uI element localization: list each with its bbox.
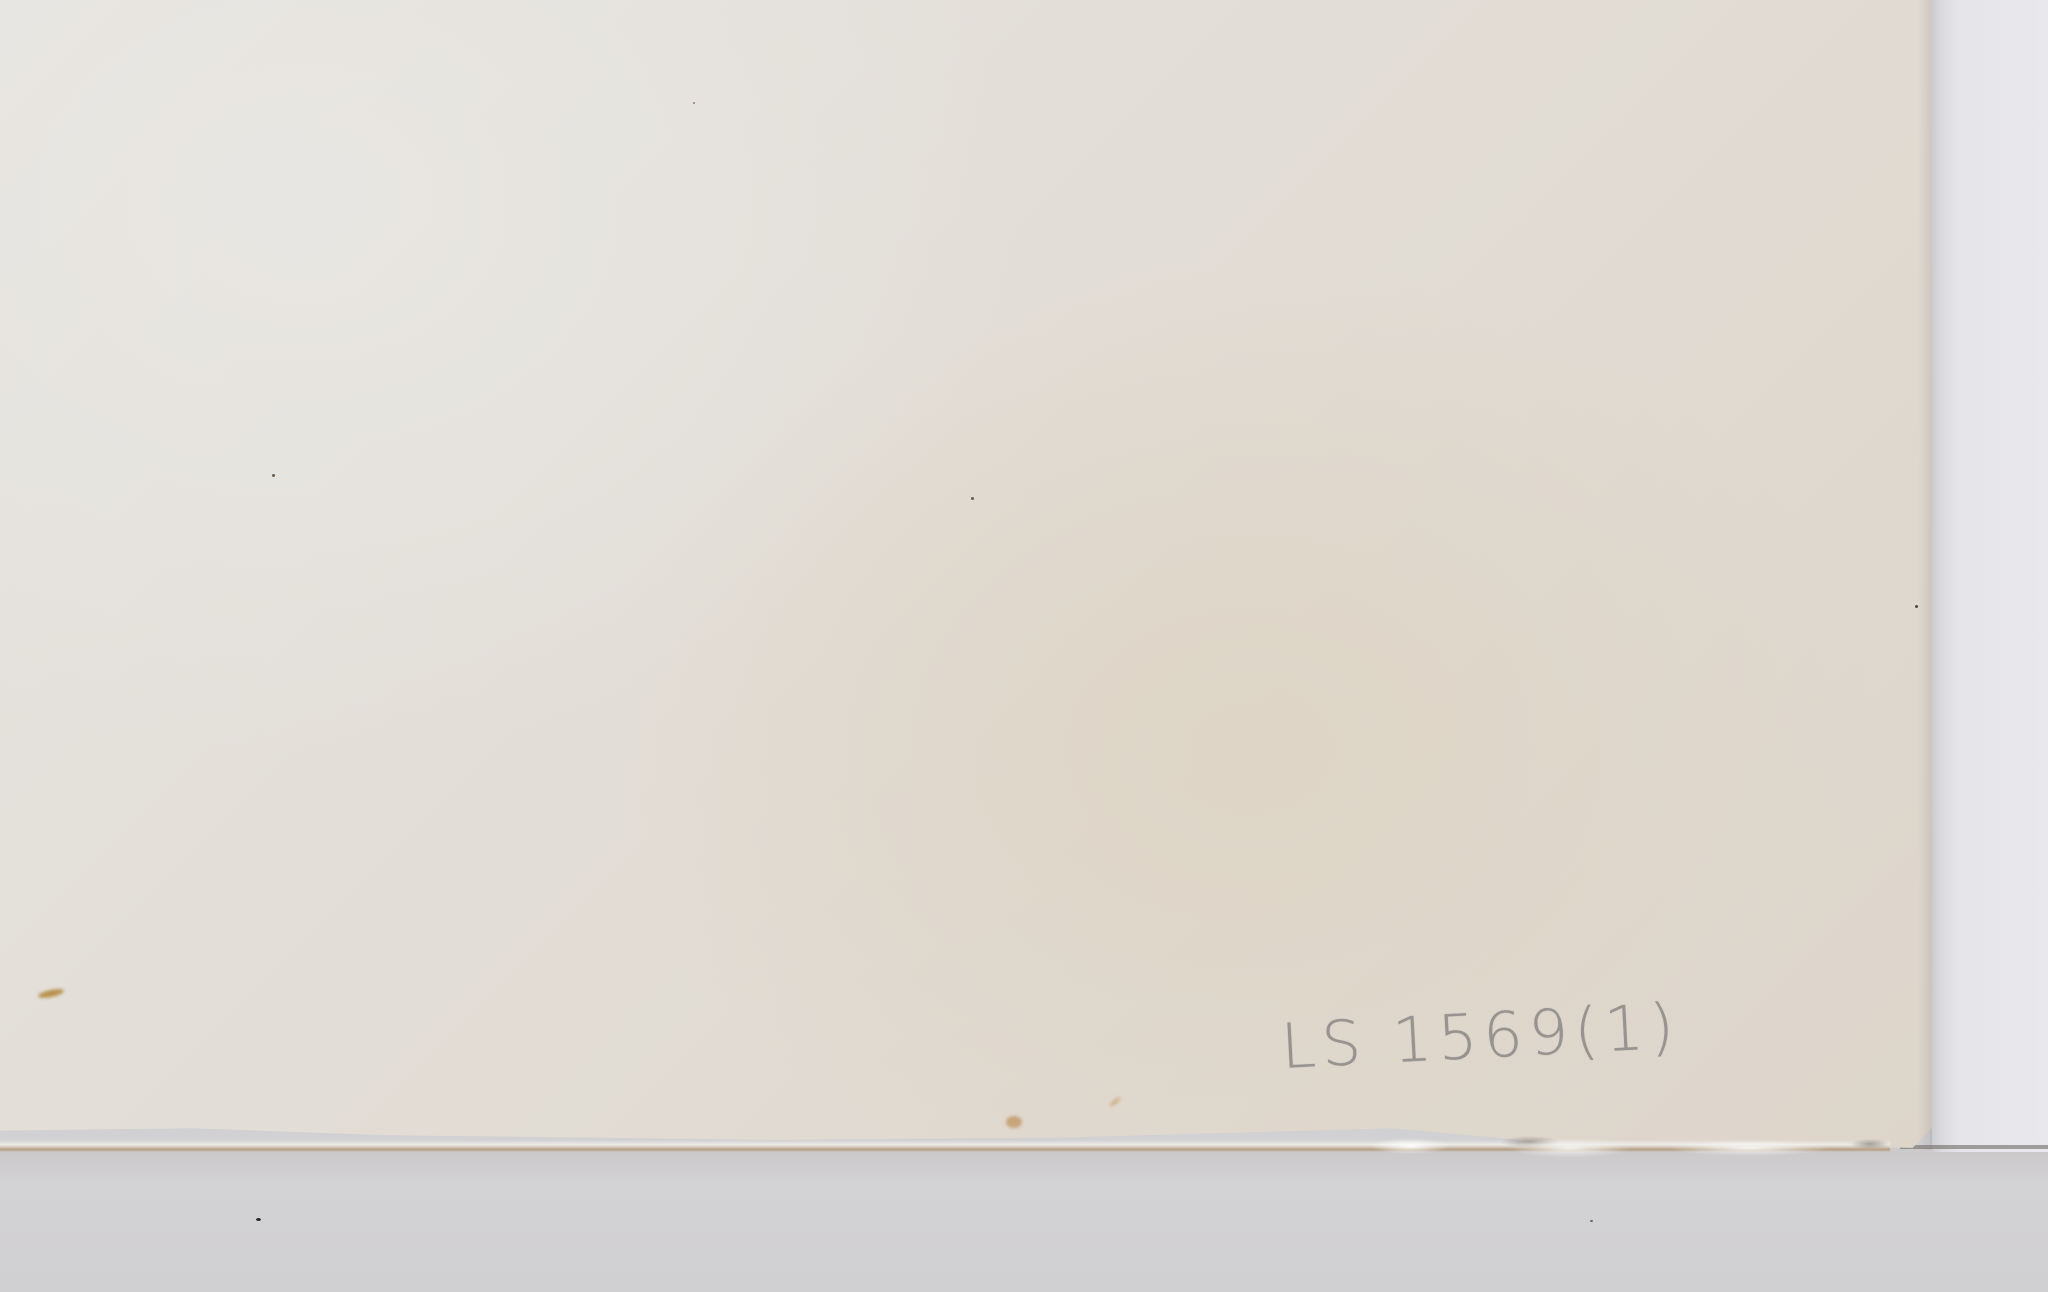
speck: [1915, 605, 1918, 608]
paper-right-edge-shadow: [1918, 0, 1932, 1150]
speck: [971, 497, 974, 500]
backing-board: [1930, 0, 2048, 1152]
photo-scene: LS 1569(1): [0, 0, 2048, 1292]
speck: [272, 474, 275, 477]
foxing-stain: [1006, 1116, 1022, 1128]
speck: [1590, 1220, 1593, 1222]
grey-surface: [0, 1148, 2048, 1292]
speck: [693, 102, 695, 104]
deckled-edge-fibers: [1350, 1128, 1890, 1158]
paper-sheet: [0, 0, 1932, 1156]
speck: [256, 1218, 261, 1221]
